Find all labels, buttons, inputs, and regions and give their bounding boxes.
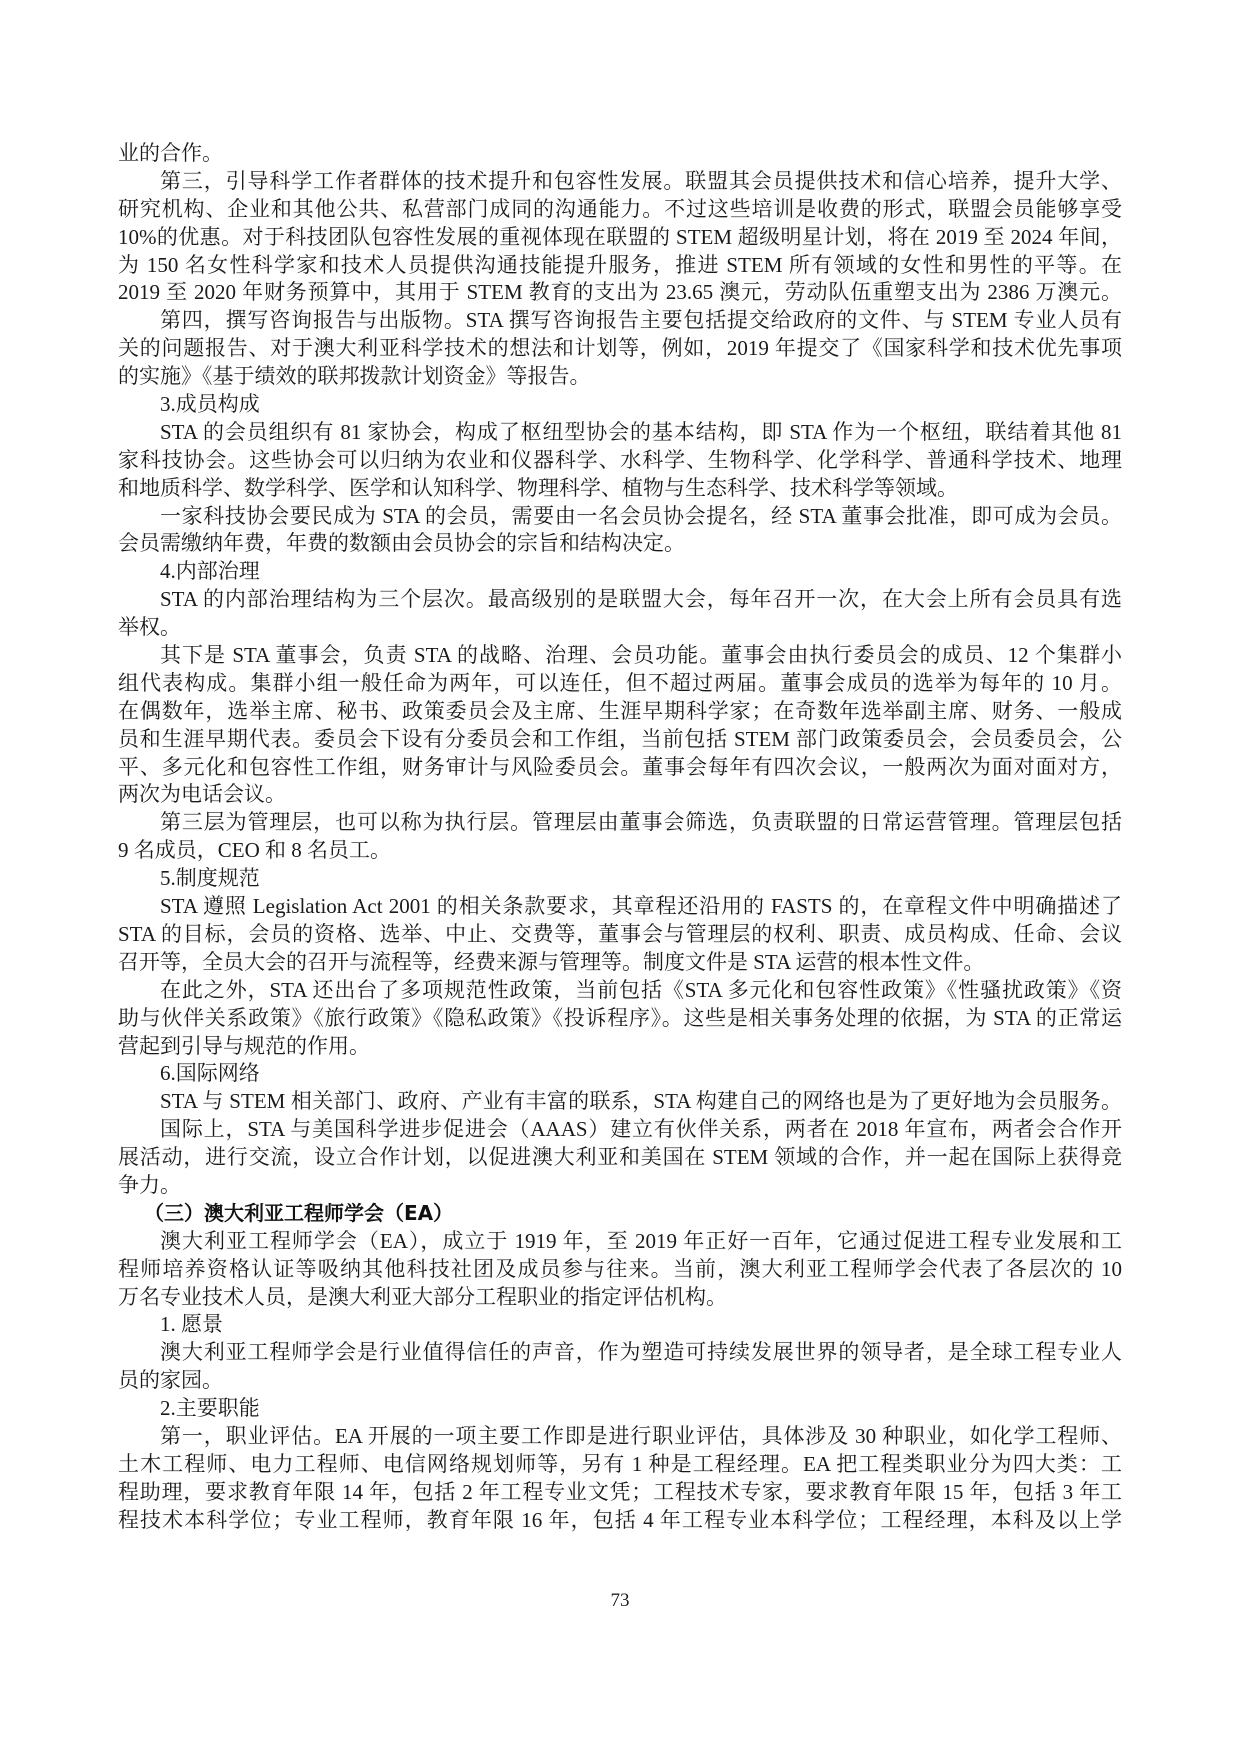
subsection-heading: 5.制度规范 — [118, 865, 1122, 893]
paragraph-first-line: 澳大利亚工程师学会是行业值得信任的声音，作为塑造可持续发展世界的领导者，是全球工… — [118, 1339, 1122, 1367]
subsection-heading: 6.国际网络 — [118, 1060, 1122, 1088]
paragraph-first-line: 在此之外，STA 还出台了多项规范性政策，当前包括《STA 多元化和包容性政策》… — [118, 977, 1122, 1005]
paragraph-first-line: STA 的会员组织有 81 家协会，构成了枢纽型协会的基本结构，即 STA 作为… — [118, 419, 1122, 447]
paragraph-first-line: 第四，撰写咨询报告与出版物。STA 撰写咨询报告主要包括提交给政府的文件、与 S… — [118, 307, 1122, 335]
text-line: 在偶数年，选举主席、秘书、政策委员会及主席、生涯早期科学家；在奇数年选举副主席、… — [118, 698, 1122, 726]
text-line: 9 名成员，CEO 和 8 名员工。 — [118, 837, 1122, 865]
text-line: 会员需缴纳年费，年费的数额由会员协会的宗旨和结构决定。 — [118, 530, 1122, 558]
paragraph-first-line: 澳大利亚工程师学会（EA），成立于 1919 年，至 2019 年正好一百年，它… — [118, 1228, 1122, 1256]
paragraph-first-line: STA 与 STEM 相关部门、政府、产业有丰富的联系，STA 构建自己的网络也… — [118, 1088, 1122, 1116]
text-line: 平、多元化和包容性工作组，财务审计与风险委员会。董事会每年有四次会议，一般两次为… — [118, 754, 1122, 782]
text-line: 展活动，进行交流，设立合作计划，以促进澳大利亚和美国在 STEM 领域的合作，并… — [118, 1144, 1122, 1172]
paragraph-first-line: 第一，职业评估。EA 开展的一项主要工作即是进行职业评估，具体涉及 30 种职业… — [118, 1423, 1122, 1451]
document-page-body: 业的合作。第三，引导科学工作者群体的技术提升和包容性发展。联盟其会员提供技术和信… — [118, 140, 1122, 1535]
page-number: 73 — [0, 1590, 1240, 1612]
text-line: 员的家园。 — [118, 1367, 1122, 1395]
paragraph-first-line: 国际上，STA 与美国科学进步促进会（AAAS）建立有伙伴关系，两者在 2018… — [118, 1116, 1122, 1144]
paragraph-first-line: 一家科技协会要民成为 STA 的会员，需要由一名会员协会提名，经 STA 董事会… — [118, 503, 1122, 531]
section-heading: （三）澳大利亚工程师学会（EA） — [118, 1200, 1122, 1228]
text-line: 程技术本科学位；专业工程师，教育年限 16 年，包括 4 年工程专业本科学位；工… — [118, 1507, 1122, 1535]
text-line: 程师培养资格认证等吸纳其他科技社团及成员参与往来。当前，澳大利亚工程师学会代表了… — [118, 1256, 1122, 1284]
paragraph-first-line: 其下是 STA 董事会，负责 STA 的战略、治理、会员功能。董事会由执行委员会… — [118, 642, 1122, 670]
text-line: 组代表构成。集群小组一般任命为两年，可以连任，但不超过两届。董事会成员的选举为每… — [118, 670, 1122, 698]
text-line: STA 的目标，会员的资格、选举、中止、交费等，董事会与管理层的权利、职责、成员… — [118, 921, 1122, 949]
text-line: 关的问题报告、对于澳大利亚科学技术的想法和计划等，例如，2019 年提交了《国家… — [118, 335, 1122, 363]
text-line: 万名专业技术人员，是澳大利亚大部分工程职业的指定评估机构。 — [118, 1284, 1122, 1312]
text-line: 争力。 — [118, 1172, 1122, 1200]
text-line: 举权。 — [118, 614, 1122, 642]
subsection-heading: 2.主要职能 — [118, 1395, 1122, 1423]
text-line: 程助理，要求教育年限 14 年，包括 2 年工程专业文凭；工程技术专家，要求教育… — [118, 1479, 1122, 1507]
paragraph-first-line: 第三，引导科学工作者群体的技术提升和包容性发展。联盟其会员提供技术和信心培养，提… — [118, 168, 1122, 196]
text-line: 助与伙伴关系政策》《旅行政策》《隐私政策》《投诉程序》。这些是相关事务处理的依据… — [118, 1005, 1122, 1033]
text-line: 10%的优惠。对于科技团队包容性发展的重视体现在联盟的 STEM 超级明星计划，… — [118, 224, 1122, 252]
paragraph-first-line: 第三层为管理层，也可以称为执行层。管理层由董事会筛选，负责联盟的日常运营管理。管… — [118, 809, 1122, 837]
text-line: 员和生涯早期代表。委员会下设有分委员会和工作组，当前包括 STEM 部门政策委员… — [118, 726, 1122, 754]
subsection-heading: 1. 愿景 — [118, 1311, 1122, 1339]
text-line: 家科技协会。这些协会可以归纳为农业和仪器科学、水科学、生物科学、化学科学、普通科… — [118, 447, 1122, 475]
paragraph-first-line: STA 遵照 Legislation Act 2001 的相关条款要求，其章程还… — [118, 893, 1122, 921]
subsection-heading: 4.内部治理 — [118, 558, 1122, 586]
text-line: 营起到引导与规范的作用。 — [118, 1033, 1122, 1061]
text-line: 为 150 名女性科学家和技术人员提供沟通技能提升服务，推进 STEM 所有领域… — [118, 252, 1122, 280]
paragraph-first-line: STA 的内部治理结构为三个层次。最高级别的是联盟大会，每年召开一次，在大会上所… — [118, 586, 1122, 614]
text-line: 的实施》《基于绩效的联邦拨款计划资金》等报告。 — [118, 363, 1122, 391]
text-line: 研究机构、企业和其他公共、私营部门成同的沟通能力。不过这些培训是收费的形式，联盟… — [118, 196, 1122, 224]
text-line: 业的合作。 — [118, 140, 1122, 168]
text-line: 召开等，全员大会的召开与流程等，经费来源与管理等。制度文件是 STA 运营的根本… — [118, 949, 1122, 977]
text-line: 和地质科学、数学科学、医学和认知科学、物理科学、植物与生态科学、技术科学等领域。 — [118, 475, 1122, 503]
text-line: 2019 至 2020 年财务预算中，其用于 STEM 教育的支出为 23.65… — [118, 279, 1122, 307]
subsection-heading: 3.成员构成 — [118, 391, 1122, 419]
text-line: 土木工程师、电力工程师、电信网络规划师等，另有 1 种是工程经理。EA 把工程类… — [118, 1451, 1122, 1479]
text-line: 两次为电话会议。 — [118, 781, 1122, 809]
